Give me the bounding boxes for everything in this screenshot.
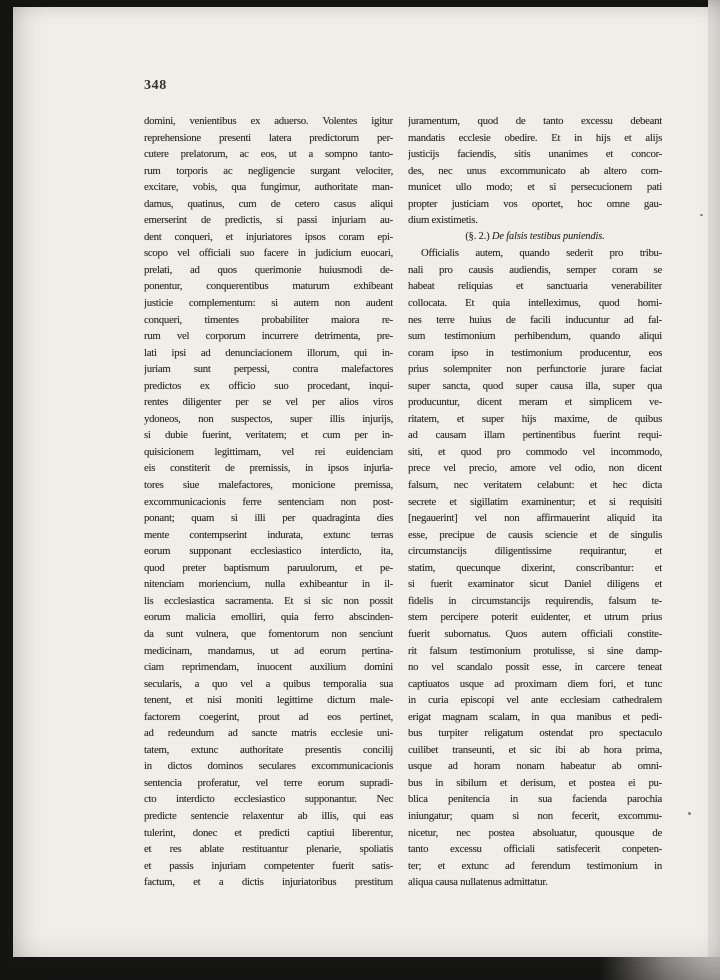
text-line: falsum, nec veritatem celabunt: et hec d… xyxy=(408,477,662,494)
text-line: excitare, vobis, qua fungimur, authorita… xyxy=(144,179,393,196)
text-line: eorum malicia emolliri, quia ferro absci… xyxy=(144,609,393,626)
text-line: tulerint, donec et predicti captiui libe… xyxy=(144,825,393,842)
scan-border-right xyxy=(708,0,720,980)
text-line: conqueri, timentes probabiliter maiora r… xyxy=(144,312,393,329)
text-line: juriam sunt perpessi, contra malefactore… xyxy=(144,361,393,378)
text-line: si fuerit examinator sicut Daniel dilige… xyxy=(408,576,662,593)
text-line: siti, et quod pro commodo vel incommodo, xyxy=(408,444,662,461)
text-line: eorum supponant ecclesiastico interdicto… xyxy=(144,543,393,560)
text-line: tanto excessu officiali satisfecerit con… xyxy=(408,841,662,858)
text-line: excommunicacionis ferre sentenciam non p… xyxy=(144,494,393,511)
text-line: lis ecclesiastica sacramenta. Et si sic … xyxy=(144,593,393,610)
text-line: bus turpiter religatum ostendat pro spec… xyxy=(408,725,662,742)
text-line: ponant; quam si illi per quadraginta die… xyxy=(144,510,393,527)
text-line: habeat reliquias et sanctuaria venerabil… xyxy=(408,278,662,295)
text-line: nitenciam moriencium, nulla exhibeantur … xyxy=(144,576,393,593)
text-line: super sancta, quod super causa illa, sup… xyxy=(408,378,662,395)
scan-border-bottom xyxy=(0,957,600,980)
text-line: mandatis ecclesie obedire. Et in hijs et… xyxy=(408,130,662,147)
text-line: tatem, extunc authoritate presentis conc… xyxy=(144,742,393,759)
text-line: predictos ex officio suo procedant, inqu… xyxy=(144,378,393,395)
text-line: usque ad horam nonam habeatur ab omni- xyxy=(408,758,662,775)
text-line: no vel scandalo possit esse, in carcere … xyxy=(408,659,662,676)
text-line: domini, venientibus ex aduerso. Volentes… xyxy=(144,113,393,130)
text-line: prece vel precio, amore vel odio, non di… xyxy=(408,460,662,477)
text-line: predicte sentencie relaxentur ab illis, … xyxy=(144,808,393,825)
text-line: coram ipso in testimonium producentur, e… xyxy=(408,345,662,362)
scan-border-top xyxy=(0,0,708,7)
text-line: justicijs faciendis, sitis unanimes et c… xyxy=(408,146,662,163)
text-line: emerserint de predictis, si passi injuri… xyxy=(144,212,393,229)
text-line: Officialis autem, quando sederit pro tri… xyxy=(408,245,662,262)
text-line: mente contempserint indurata, extunc ter… xyxy=(144,527,393,544)
text-line: blica penitencia in sua facienda parochi… xyxy=(408,791,662,808)
text-column-right: juramentum, quod de tanto excessu debean… xyxy=(408,113,662,891)
scan-speck xyxy=(688,812,691,815)
text-line: ciam reprimendam, inuocent auxilium domi… xyxy=(144,659,393,676)
text-line: quod preter baptismum paruulorum, et pe- xyxy=(144,560,393,577)
text-line: circumstancijs diligentissime requirantu… xyxy=(408,543,662,560)
page-number: 348 xyxy=(144,78,167,94)
text-line: nicetur, nec postea absoluatur, quousque… xyxy=(408,825,662,842)
text-line: quisicionem legittimam, vel rei euidenci… xyxy=(144,444,393,461)
text-line: secularis, a quo vel a quibus temporalia… xyxy=(144,676,393,693)
text-line: dent conqueri, et injuriatores ipsos cor… xyxy=(144,229,393,246)
text-line: cto interdicto ecclesiastico supponantur… xyxy=(144,791,393,808)
text-line: statim, quecunque dixerint, conscribantu… xyxy=(408,560,662,577)
text-line: rum torporis ac negligencie surgant velo… xyxy=(144,163,393,180)
text-line: ad causam illam pertinentibus fuerint re… xyxy=(408,427,662,444)
scan-border-bottom-fade xyxy=(600,957,720,980)
text-line: da sunt vulnera, que fomentorum non senc… xyxy=(144,626,393,643)
text-line: in dictos dominos seculares excommunicac… xyxy=(144,758,393,775)
text-line: ter; et extunc ad ferendum testimonium i… xyxy=(408,858,662,875)
text-line: reprehensione presenti latera predictoru… xyxy=(144,130,393,147)
text-line: ritatem, et super hijs maxime, de quibus xyxy=(408,411,662,428)
text-line: nes terre huius de facili inducuntur ad … xyxy=(408,312,662,329)
text-line: ponentur, conquerentibus maturum exhibea… xyxy=(144,278,393,295)
scanned-book-page: 348 domini, venientibus ex aduerso. Vole… xyxy=(0,0,720,980)
text-line: scopo vel officiali suo facere in judici… xyxy=(144,245,393,262)
text-line: esse, precipue de causis sciencie et de … xyxy=(408,527,662,544)
text-line: sentencia proferatur, vel terre eorum su… xyxy=(144,775,393,792)
text-line: producuntur, dicent meram et simplicem v… xyxy=(408,394,662,411)
text-line: et passis injuriam competenter fuerit sa… xyxy=(144,858,393,875)
text-line: in curia episcopi vel ante ecclesiam cat… xyxy=(408,692,662,709)
text-line: dium existimetis. xyxy=(408,212,662,229)
text-line: cutere prelatorum, ac eos, ut a sompno t… xyxy=(144,146,393,163)
text-line: fidelis in circumstancijs requirendis, f… xyxy=(408,593,662,610)
text-line: sum testimonium perhibendum, quando aliq… xyxy=(408,328,662,345)
text-line: ydoneos, non suspectos, super illis inju… xyxy=(144,411,393,428)
text-line: des, nec unus excommunicato ab altero co… xyxy=(408,163,662,180)
text-line: damus, quatinus, cum de cetero casus ali… xyxy=(144,196,393,213)
text-line: rit falsum testimonium protulisse, si si… xyxy=(408,643,662,660)
text-line: secrete et sigillatim examinentur; et si… xyxy=(408,494,662,511)
section-heading: (§. 2.) De falsis testibus puniendis. xyxy=(408,229,662,246)
text-line: propter justiciam vos oportet, hoc omne … xyxy=(408,196,662,213)
text-line: ad redeundum ad sancte matris ecclesie u… xyxy=(144,725,393,742)
text-line: eis constiterit de premissis, in ipsos i… xyxy=(144,460,393,477)
text-line: factorem coegerint, prout ad eos pertine… xyxy=(144,709,393,726)
text-line: collocata. Et quia intelleximus, quod ho… xyxy=(408,295,662,312)
text-line: municet ullo modo; et si persecucionem p… xyxy=(408,179,662,196)
text-line: erigat magnam scalam, in qua manibus et … xyxy=(408,709,662,726)
text-line: rentes diligenter per se vel per alios v… xyxy=(144,394,393,411)
text-line: stem percipere poterit euidenter, et utr… xyxy=(408,609,662,626)
text-line: [negauerint] vel non affirmauerint aliqu… xyxy=(408,510,662,527)
text-line: prius solempniter non perfunctorie jurar… xyxy=(408,361,662,378)
text-column-left: domini, venientibus ex aduerso. Volentes… xyxy=(144,113,393,891)
text-line: nali pro causis audiendis, semper coram … xyxy=(408,262,662,279)
scan-border-left xyxy=(0,0,13,980)
text-line: rum vel corporum incurrere detrimenta, p… xyxy=(144,328,393,345)
text-line: tores siue malefactores, monicione premi… xyxy=(144,477,393,494)
text-line: bus in sibilum et derisum, et postea ei … xyxy=(408,775,662,792)
section-number: (§. 2.) xyxy=(465,231,492,242)
scan-speck xyxy=(700,214,703,216)
scan-speck xyxy=(382,464,384,469)
text-line: cuilibet transeunti, et sic ibi ab hora … xyxy=(408,742,662,759)
text-line: justicie complementum: si autem non aude… xyxy=(144,295,393,312)
text-line: prelati, ad quos querimonie huiusmodi de… xyxy=(144,262,393,279)
section-title: De falsis testibus puniendis. xyxy=(492,231,605,242)
text-line: fuerit subornatus. Quos autem officiali … xyxy=(408,626,662,643)
text-line: aliqua causa nullatenus admittatur. xyxy=(408,874,662,891)
text-line: et res ablate restituantur plenarie, spo… xyxy=(144,841,393,858)
text-line: medicinam, mandamus, ut ad eorum pertina… xyxy=(144,643,393,660)
text-line: si dubie fuerint, veritatem; et cum per … xyxy=(144,427,393,444)
text-line: juramentum, quod de tanto excessu debean… xyxy=(408,113,662,130)
text-line: lati ipsi ad denunciacionem illorum, qui… xyxy=(144,345,393,362)
text-line: factum, et a dictis injuriatoribus prest… xyxy=(144,874,393,891)
text-line: iniungatur; quam si non fecerit, excommu… xyxy=(408,808,662,825)
text-line: captiuatos usque ad proximam diem fori, … xyxy=(408,676,662,693)
text-line: tenent, et nisi moniti legittime dictum … xyxy=(144,692,393,709)
